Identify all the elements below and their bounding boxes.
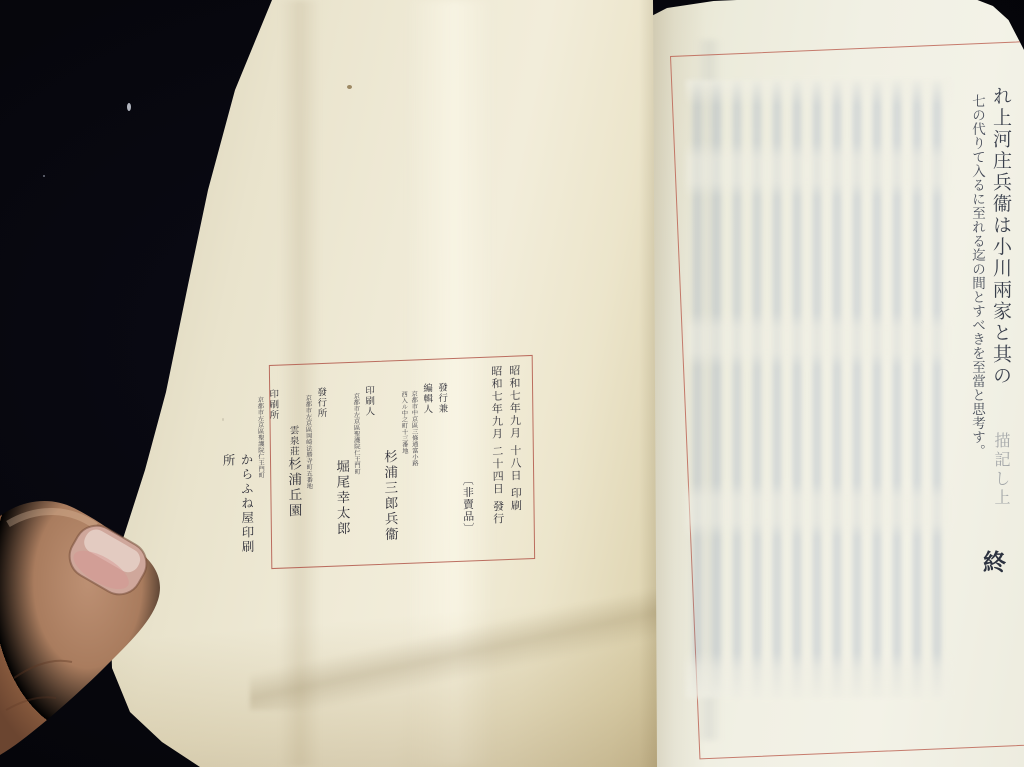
diagonal-fold-shadow: [250, 590, 670, 710]
publisher-name-main: 杉浦丘園: [285, 456, 302, 519]
role-label: 發行兼: [434, 382, 450, 554]
faint-text-fragment: 描記し上: [990, 432, 1013, 508]
dust-speck: [43, 175, 45, 177]
printing-house-name: からふね屋印刷所: [219, 453, 256, 562]
colophon-date-printed: 昭和七年九月 十八日 印刷: [506, 364, 524, 551]
colophon-entry-printing-house: 印刷所 京都市左京區聖護院仁王門町 からふね屋印刷所: [218, 374, 281, 562]
colophon-content: 昭和七年九月 十八日 印刷 昭和七年九月 二十四日 發行 〔非賣品〕 發行兼 編…: [280, 364, 524, 559]
publisher-name-prefix: 雲泉莊: [288, 425, 299, 457]
person-name: 堀尾幸太郎: [331, 459, 352, 558]
text-column-1: れ上河庄兵衞は小川兩家と其の: [988, 86, 1015, 387]
role-label: 編輯人: [419, 383, 435, 555]
dust-speck: [222, 418, 224, 421]
colophon-not-for-sale: 〔非賣品〕: [459, 474, 476, 553]
photo-scene: 七の代りて入るに至れる迄の間とすべきを至當と思考す。 れ上河庄兵衞は小川兩家と其…: [0, 0, 1024, 767]
colophon-date-published: 昭和七年九月 二十四日 發行: [488, 365, 506, 552]
colophon-entry-editor: 發行兼 編輯人 京都市中京區三條通富小路 西入ル中之町十三番地 杉浦三郎兵衞: [378, 367, 450, 556]
role-label: 印刷人: [361, 385, 377, 557]
person-name: 杉浦三郎兵衞: [379, 449, 400, 556]
role-label: 印刷所: [265, 389, 281, 561]
paper-spot: [347, 85, 352, 89]
left-book-page: 昭和七年九月 十八日 印刷 昭和七年九月 二十四日 發行 〔非賣品〕 發行兼 編…: [100, 0, 665, 767]
colophon-box: 昭和七年九月 十八日 印刷 昭和七年九月 二十四日 發行 〔非賣品〕 發行兼 編…: [269, 355, 535, 569]
colophon-entry-publishing-house: 發行所 京都市左京區岡崎法勝寺町五番地 雲泉莊杉浦丘園: [282, 372, 329, 560]
role-label: 發行所: [313, 387, 329, 559]
bleedthrough-text-columns: [686, 80, 950, 698]
text-column-2: 七の代りて入るに至れる迄の間とすべきを至當と思考す。: [967, 94, 987, 458]
publisher-name: 雲泉莊杉浦丘園: [283, 425, 305, 560]
colophon-entry-printer: 印刷人 京都市左京區聖護院仁王門町 堀尾幸太郎: [330, 370, 377, 558]
end-mark: 終: [976, 550, 1009, 573]
dust-speck: [127, 103, 131, 111]
thumb-holding-page: [0, 488, 180, 767]
right-book-page: 七の代りて入るに至れる迄の間とすべきを至當と思考す。 れ上河庄兵衞は小川兩家と其…: [636, 0, 1024, 767]
